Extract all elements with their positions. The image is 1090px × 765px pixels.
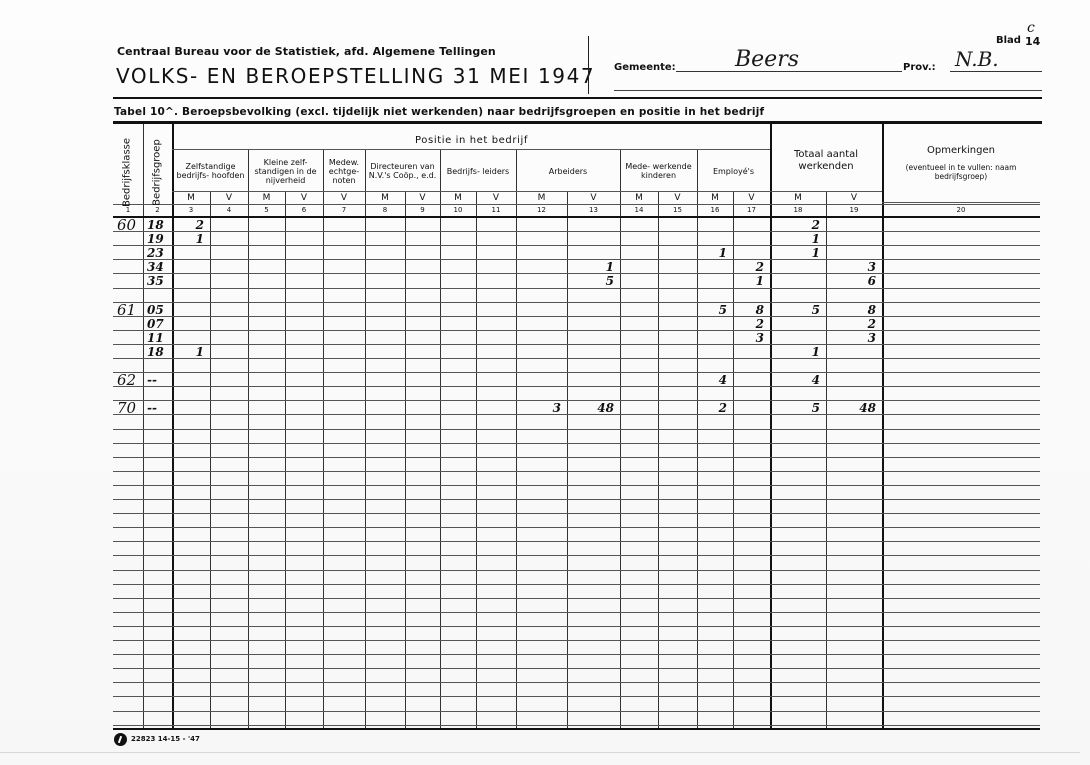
bedrijfsgroep-cell[interactable] [143,387,172,401]
count-cell-c15[interactable] [658,218,697,232]
bedrijfsgroep-cell[interactable]: -- [143,401,172,415]
gender-label-m: M [365,193,405,203]
bedrijfsklasse-cell[interactable] [113,317,143,331]
count-cell-c4[interactable] [210,232,248,246]
count-cell-c13[interactable] [567,359,620,373]
count-cell-c10[interactable] [440,359,476,373]
count-cell-c4[interactable] [210,303,248,317]
count-cell-c12[interactable] [516,331,567,345]
count-cell-c13[interactable] [567,317,620,331]
count-cell-c6[interactable] [285,331,323,345]
count-cell-c6[interactable] [285,218,323,232]
count-cell-c8[interactable] [365,289,405,303]
count-cell-c18[interactable] [770,317,826,331]
count-cell-c4[interactable] [210,218,248,232]
count-cell-c8[interactable] [365,274,405,288]
count-cell-c19[interactable] [826,387,882,401]
count-cell-c12[interactable] [516,387,567,401]
count-cell-c16[interactable] [697,289,733,303]
column-number: 6 [285,206,323,214]
count-cell-c15[interactable] [658,317,697,331]
count-cell-c8[interactable] [365,317,405,331]
count-cell-c9[interactable] [405,218,440,232]
count-cell-c14[interactable] [620,331,658,345]
count-cell-c6[interactable] [285,317,323,331]
count-cell-c14[interactable] [620,345,658,359]
count-cell-c16[interactable] [697,260,733,274]
count-cell-c16[interactable]: 1 [697,246,733,260]
prov-field[interactable]: N.B. [955,47,999,71]
count-cell-c5[interactable] [248,260,285,274]
count-cell-c17[interactable]: 2 [733,317,770,331]
count-cell-c6[interactable] [285,345,323,359]
count-cell-c7[interactable] [323,289,365,303]
count-cell-c7[interactable] [323,373,365,387]
count-cell-c16[interactable]: 2 [697,401,733,415]
count-cell-c3[interactable] [172,246,210,260]
count-cell-c6[interactable] [285,401,323,415]
count-cell-c4[interactable] [210,345,248,359]
count-cell-c5[interactable] [248,289,285,303]
column-number: 10 [440,206,476,214]
count-cell-c10[interactable] [440,274,476,288]
bedrijfsklasse-cell[interactable] [113,345,143,359]
count-cell-c17[interactable] [733,289,770,303]
count-cell-c14[interactable] [620,387,658,401]
count-cell-c16[interactable] [697,218,733,232]
count-cell-c7[interactable] [323,246,365,260]
count-cell-c7[interactable] [323,303,365,317]
count-cell-c10[interactable] [440,345,476,359]
bedrijfsgroep-cell[interactable]: 18 [143,218,172,232]
count-cell-c19[interactable] [826,373,882,387]
count-cell-c13[interactable] [567,232,620,246]
bedrijfsklasse-cell[interactable] [113,331,143,345]
count-cell-c13[interactable] [567,218,620,232]
count-cell-c18[interactable] [770,331,826,345]
count-cell-c7[interactable] [323,317,365,331]
count-cell-c14[interactable] [620,289,658,303]
bedrijfsklasse-cell[interactable]: 61 [113,303,143,317]
count-cell-c13[interactable]: 1 [567,260,620,274]
count-cell-c6[interactable] [285,260,323,274]
count-cell-c17[interactable] [733,359,770,373]
row-divider [113,485,1040,486]
count-cell-c13[interactable] [567,303,620,317]
opmerkingen-cell[interactable] [882,289,1040,303]
count-cell-c17[interactable] [733,218,770,232]
count-cell-c15[interactable] [658,289,697,303]
count-cell-c18[interactable]: 1 [770,345,826,359]
count-cell-c7[interactable] [323,359,365,373]
count-cell-c14[interactable] [620,232,658,246]
count-cell-c16[interactable]: 4 [697,373,733,387]
count-cell-c10[interactable] [440,260,476,274]
count-cell-c11[interactable] [476,246,516,260]
header-bedrijfsklasse: Bedrijfsklasse [122,133,133,213]
count-cell-c19[interactable]: 48 [826,401,882,415]
count-cell-c10[interactable] [440,303,476,317]
count-cell-c16[interactable] [697,331,733,345]
bedrijfsklasse-cell[interactable] [113,246,143,260]
row-divider [113,640,1040,641]
bedrijfsgroep-cell[interactable]: 35 [143,274,172,288]
count-cell-c15[interactable] [658,260,697,274]
opmerkingen-cell[interactable] [882,232,1040,246]
bedrijfsgroep-cell[interactable] [143,289,172,303]
count-cell-c17[interactable] [733,232,770,246]
count-cell-c19[interactable]: 2 [826,317,882,331]
count-cell-c7[interactable] [323,401,365,415]
count-cell-c15[interactable] [658,373,697,387]
opmerkingen-cell[interactable] [882,303,1040,317]
blad-suffix: c [1027,20,1035,36]
count-cell-c3[interactable] [172,289,210,303]
count-cell-c5[interactable] [248,359,285,373]
opmerkingen-cell[interactable] [882,274,1040,288]
count-cell-c5[interactable] [248,387,285,401]
count-cell-c12[interactable] [516,303,567,317]
count-cell-c19[interactable] [826,232,882,246]
blad-label: Blad [996,35,1021,46]
opmerkingen-cell[interactable] [882,373,1040,387]
count-cell-c14[interactable] [620,218,658,232]
opmerkingen-cell[interactable] [882,359,1040,373]
count-cell-c9[interactable] [405,345,440,359]
count-cell-c4[interactable] [210,359,248,373]
count-cell-c19[interactable] [826,359,882,373]
count-cell-c13[interactable] [567,331,620,345]
column-divider-thick [882,124,884,728]
count-cell-c6[interactable] [285,303,323,317]
count-cell-c17[interactable] [733,345,770,359]
count-cell-c12[interactable] [516,274,567,288]
count-cell-c18[interactable] [770,387,826,401]
opmerkingen-cell[interactable] [882,260,1040,274]
count-cell-c9[interactable] [405,274,440,288]
count-cell-c5[interactable] [248,303,285,317]
bedrijfsgroep-cell[interactable]: 18 [143,345,172,359]
count-cell-c18[interactable]: 4 [770,373,826,387]
bedrijfsgroep-cell[interactable] [143,359,172,373]
count-cell-c7[interactable] [323,260,365,274]
count-cell-c15[interactable] [658,303,697,317]
count-cell-c12[interactable] [516,289,567,303]
gemeente-field[interactable]: Beers [735,47,799,72]
count-cell-c12[interactable] [516,232,567,246]
count-cell-c5[interactable] [248,373,285,387]
count-cell-c12[interactable] [516,218,567,232]
count-cell-c14[interactable] [620,401,658,415]
count-cell-c17[interactable] [733,387,770,401]
count-cell-c12[interactable] [516,260,567,274]
count-cell-c6[interactable] [285,387,323,401]
count-cell-c3[interactable] [172,317,210,331]
form-title: VOLKS- EN BEROEPSTELLING 31 MEI 1947 [116,64,595,88]
bedrijfsklasse-cell[interactable] [113,232,143,246]
count-cell-c14[interactable] [620,359,658,373]
count-cell-c4[interactable] [210,289,248,303]
bedrijfsklasse-cell[interactable]: 62 [113,373,143,387]
bedrijfsklasse-cell[interactable] [113,274,143,288]
opmerkingen-cell[interactable] [882,218,1040,232]
count-cell-c15[interactable] [658,387,697,401]
count-cell-c3[interactable]: 1 [172,232,210,246]
count-cell-c8[interactable] [365,246,405,260]
count-cell-c16[interactable]: 5 [697,303,733,317]
count-cell-c7[interactable] [323,387,365,401]
column-number: 17 [733,206,770,214]
bedrijfsgroep-cell[interactable]: 34 [143,260,172,274]
count-cell-c16[interactable] [697,274,733,288]
gender-label-v: V [476,193,516,203]
count-cell-c4[interactable] [210,317,248,331]
count-cell-c19[interactable] [826,345,882,359]
count-cell-c11[interactable] [476,387,516,401]
count-cell-c4[interactable] [210,387,248,401]
count-cell-c9[interactable] [405,289,440,303]
count-cell-c10[interactable] [440,401,476,415]
count-cell-c3[interactable] [172,373,210,387]
count-cell-c9[interactable] [405,246,440,260]
prov-label: Prov.: [903,62,936,73]
count-cell-c13[interactable]: 5 [567,274,620,288]
count-cell-c13[interactable] [567,246,620,260]
count-cell-c10[interactable] [440,246,476,260]
count-cell-c5[interactable] [248,218,285,232]
count-cell-c14[interactable] [620,303,658,317]
count-cell-c19[interactable]: 6 [826,274,882,288]
count-cell-c8[interactable] [365,387,405,401]
count-cell-c16[interactable] [697,387,733,401]
count-cell-c7[interactable] [323,218,365,232]
count-cell-c8[interactable] [365,401,405,415]
count-cell-c18[interactable] [770,289,826,303]
count-cell-c18[interactable] [770,359,826,373]
count-cell-c11[interactable] [476,373,516,387]
count-cell-c17[interactable]: 1 [733,274,770,288]
count-cell-c3[interactable]: 1 [172,345,210,359]
gender-label-v: V [323,193,365,203]
count-cell-c8[interactable] [365,359,405,373]
count-cell-c3[interactable]: 2 [172,218,210,232]
count-cell-c17[interactable]: 8 [733,303,770,317]
bedrijfsgroep-cell[interactable]: -- [143,373,172,387]
count-cell-c18[interactable]: 5 [770,303,826,317]
count-cell-c4[interactable] [210,373,248,387]
count-cell-c5[interactable] [248,401,285,415]
count-cell-c10[interactable] [440,387,476,401]
opmerkingen-cell[interactable] [882,331,1040,345]
count-cell-c11[interactable] [476,274,516,288]
bedrijfsgroep-cell[interactable]: 05 [143,303,172,317]
count-cell-c18[interactable]: 1 [770,246,826,260]
count-cell-c10[interactable] [440,232,476,246]
count-cell-c6[interactable] [285,373,323,387]
count-cell-c5[interactable] [248,317,285,331]
bedrijfsgroep-cell[interactable]: 11 [143,331,172,345]
prov-field-line [950,71,1042,72]
opmerkingen-cell[interactable] [882,387,1040,401]
count-cell-c10[interactable] [440,331,476,345]
opmerkingen-cell[interactable] [882,401,1040,415]
count-cell-c17[interactable]: 3 [733,331,770,345]
count-cell-c8[interactable] [365,260,405,274]
count-cell-c9[interactable] [405,303,440,317]
count-cell-c12[interactable] [516,317,567,331]
row-divider [113,711,1040,712]
count-cell-c19[interactable]: 8 [826,303,882,317]
count-cell-c11[interactable] [476,303,516,317]
count-cell-c7[interactable] [323,345,365,359]
column-number: 14 [620,206,658,214]
count-cell-c6[interactable] [285,232,323,246]
count-cell-c3[interactable] [172,274,210,288]
count-cell-c11[interactable] [476,232,516,246]
count-cell-c5[interactable] [248,345,285,359]
bedrijfsgroep-cell[interactable]: 23 [143,246,172,260]
count-cell-c14[interactable] [620,260,658,274]
count-cell-c19[interactable] [826,218,882,232]
count-cell-c18[interactable]: 5 [770,401,826,415]
count-cell-c9[interactable] [405,331,440,345]
count-cell-c8[interactable] [365,345,405,359]
count-cell-c10[interactable] [440,289,476,303]
count-cell-c15[interactable] [658,401,697,415]
count-cell-c15[interactable] [658,246,697,260]
count-cell-c12[interactable] [516,359,567,373]
count-cell-c5[interactable] [248,232,285,246]
count-cell-c18[interactable]: 1 [770,232,826,246]
column-divider [143,124,144,728]
count-cell-c10[interactable] [440,373,476,387]
count-cell-c16[interactable] [697,232,733,246]
count-cell-c15[interactable] [658,345,697,359]
count-cell-c11[interactable] [476,218,516,232]
count-cell-c7[interactable] [323,232,365,246]
count-cell-c4[interactable] [210,401,248,415]
count-cell-c8[interactable] [365,218,405,232]
count-cell-c17[interactable]: 2 [733,260,770,274]
count-cell-c9[interactable] [405,373,440,387]
bedrijfsklasse-cell[interactable]: 70 [113,401,143,415]
count-cell-c8[interactable] [365,303,405,317]
count-cell-c7[interactable] [323,331,365,345]
bedrijfsklasse-cell[interactable]: 60 [113,218,143,232]
count-cell-c9[interactable] [405,401,440,415]
count-cell-c9[interactable] [405,260,440,274]
count-cell-c10[interactable] [440,218,476,232]
count-cell-c19[interactable] [826,289,882,303]
count-cell-c12[interactable] [516,246,567,260]
count-cell-c15[interactable] [658,359,697,373]
count-cell-c5[interactable] [248,331,285,345]
count-cell-c18[interactable] [770,260,826,274]
count-cell-c4[interactable] [210,246,248,260]
count-cell-c8[interactable] [365,232,405,246]
count-cell-c9[interactable] [405,317,440,331]
opmerkingen-cell[interactable] [882,317,1040,331]
count-cell-c3[interactable] [172,303,210,317]
count-cell-c15[interactable] [658,232,697,246]
count-cell-c8[interactable] [365,373,405,387]
count-cell-c11[interactable] [476,345,516,359]
count-cell-c17[interactable] [733,246,770,260]
count-cell-c6[interactable] [285,274,323,288]
count-cell-c13[interactable] [567,373,620,387]
count-cell-c12[interactable]: 3 [516,401,567,415]
count-cell-c15[interactable] [658,274,697,288]
header-opmerkingen-sub: (eventueel in te vullen: naam bedrijfsgr… [900,160,1022,184]
count-cell-c9[interactable] [405,232,440,246]
count-cell-c18[interactable] [770,274,826,288]
count-cell-c3[interactable] [172,387,210,401]
count-cell-c7[interactable] [323,274,365,288]
bedrijfsklasse-cell[interactable] [113,260,143,274]
count-cell-c16[interactable] [697,359,733,373]
count-cell-c17[interactable] [733,373,770,387]
count-cell-c8[interactable] [365,331,405,345]
count-cell-c19[interactable] [826,246,882,260]
count-cell-c16[interactable] [697,345,733,359]
count-cell-c13[interactable] [567,289,620,303]
count-cell-c18[interactable]: 2 [770,218,826,232]
opmerkingen-cell[interactable] [882,246,1040,260]
count-cell-c6[interactable] [285,359,323,373]
count-cell-c11[interactable] [476,260,516,274]
count-cell-c3[interactable] [172,260,210,274]
header-bedrijfsgroep: Bedrijfsgroep [152,133,163,213]
count-cell-c3[interactable] [172,359,210,373]
opmerkingen-cell[interactable] [882,345,1040,359]
count-cell-c9[interactable] [405,359,440,373]
count-cell-c14[interactable] [620,274,658,288]
count-cell-c3[interactable] [172,331,210,345]
count-cell-c6[interactable] [285,289,323,303]
count-cell-c5[interactable] [248,274,285,288]
count-cell-c4[interactable] [210,331,248,345]
count-cell-c11[interactable] [476,331,516,345]
count-cell-c19[interactable]: 3 [826,260,882,274]
count-cell-c13[interactable] [567,387,620,401]
count-cell-c4[interactable] [210,260,248,274]
bedrijfsgroep-cell[interactable]: 19 [143,232,172,246]
count-cell-c13[interactable]: 48 [567,401,620,415]
count-cell-c4[interactable] [210,274,248,288]
bedrijfsgroep-cell[interactable]: 07 [143,317,172,331]
count-cell-c12[interactable] [516,373,567,387]
count-cell-c11[interactable] [476,289,516,303]
count-cell-c6[interactable] [285,246,323,260]
count-cell-c15[interactable] [658,331,697,345]
count-cell-c5[interactable] [248,246,285,260]
count-cell-c11[interactable] [476,317,516,331]
count-cell-c13[interactable] [567,345,620,359]
gender-label-m: M [248,193,285,203]
count-cell-c14[interactable] [620,246,658,260]
count-cell-c17[interactable] [733,401,770,415]
count-cell-c11[interactable] [476,359,516,373]
count-cell-c9[interactable] [405,387,440,401]
count-cell-c11[interactable] [476,401,516,415]
count-cell-c12[interactable] [516,345,567,359]
count-cell-c16[interactable] [697,317,733,331]
count-cell-c14[interactable] [620,373,658,387]
count-cell-c10[interactable] [440,317,476,331]
count-cell-c3[interactable] [172,401,210,415]
count-cell-c19[interactable]: 3 [826,331,882,345]
count-cell-c14[interactable] [620,317,658,331]
